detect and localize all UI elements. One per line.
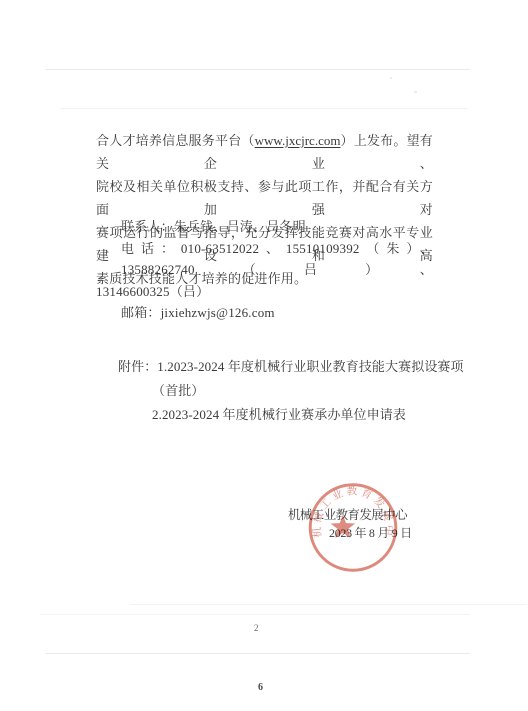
- seal-star-icon: [331, 515, 355, 538]
- attachment-line-2: 2.2023-2024 年度机械行业赛承办单位申请表: [118, 403, 458, 427]
- paragraph-line: 院校及相关单位积极支持、参与此项工作，并配合有关方面加强对: [96, 175, 433, 221]
- scanned-document-page: 合人才培养信息服务平台（www.jxcjrc.com）上发布。望有关企业、 院校…: [0, 0, 528, 711]
- seal-arc-text: 机械工业教育发展中心: [307, 481, 396, 540]
- scan-edge-line-top: [45, 69, 470, 70]
- contact-persons: 联系人：朱兵钱、吕涛、吕冬明: [96, 216, 433, 238]
- official-seal: 机械工业教育发展中心: [307, 481, 399, 574]
- document-page-number: 6: [258, 682, 263, 693]
- scan-speck: [390, 77, 392, 79]
- paragraph-line: 合人才培养信息服务平台（www.jxcjrc.com）上发布。望有关企业、: [96, 129, 433, 175]
- scan-edge-line-faint: [40, 614, 470, 615]
- scan-speck: [414, 91, 417, 93]
- attachments-block: 附件：1.2023-2024 年度机械行业职业教育技能大赛拟设赛项 （首批） 2…: [118, 355, 458, 427]
- contact-block: 联系人：朱兵钱、吕涛、吕冬明 电话：010-63512022、155101093…: [96, 216, 433, 324]
- paragraph-text: 合人才培养信息服务平台（: [96, 133, 255, 148]
- attachment-line-1: 附件：1.2023-2024 年度机械行业职业教育技能大赛拟设赛项: [118, 355, 458, 379]
- scan-edge-line-faint: [130, 604, 526, 605]
- platform-url: www.jxcjrc.com: [255, 133, 341, 148]
- scan-edge-line-faint: [60, 108, 468, 109]
- attachment-line-1b: （首批）: [118, 379, 458, 403]
- contact-email: 邮箱：jixiehzwjs@126.com: [96, 302, 433, 324]
- scan-edge-line-bottom: [45, 653, 470, 654]
- contact-phone-line1: 电话：010-63512022、15510109392（朱）、135882627…: [96, 238, 433, 281]
- contact-phone-line2: 13146600325（吕）: [96, 281, 433, 303]
- scan-page-number: 2: [254, 623, 259, 633]
